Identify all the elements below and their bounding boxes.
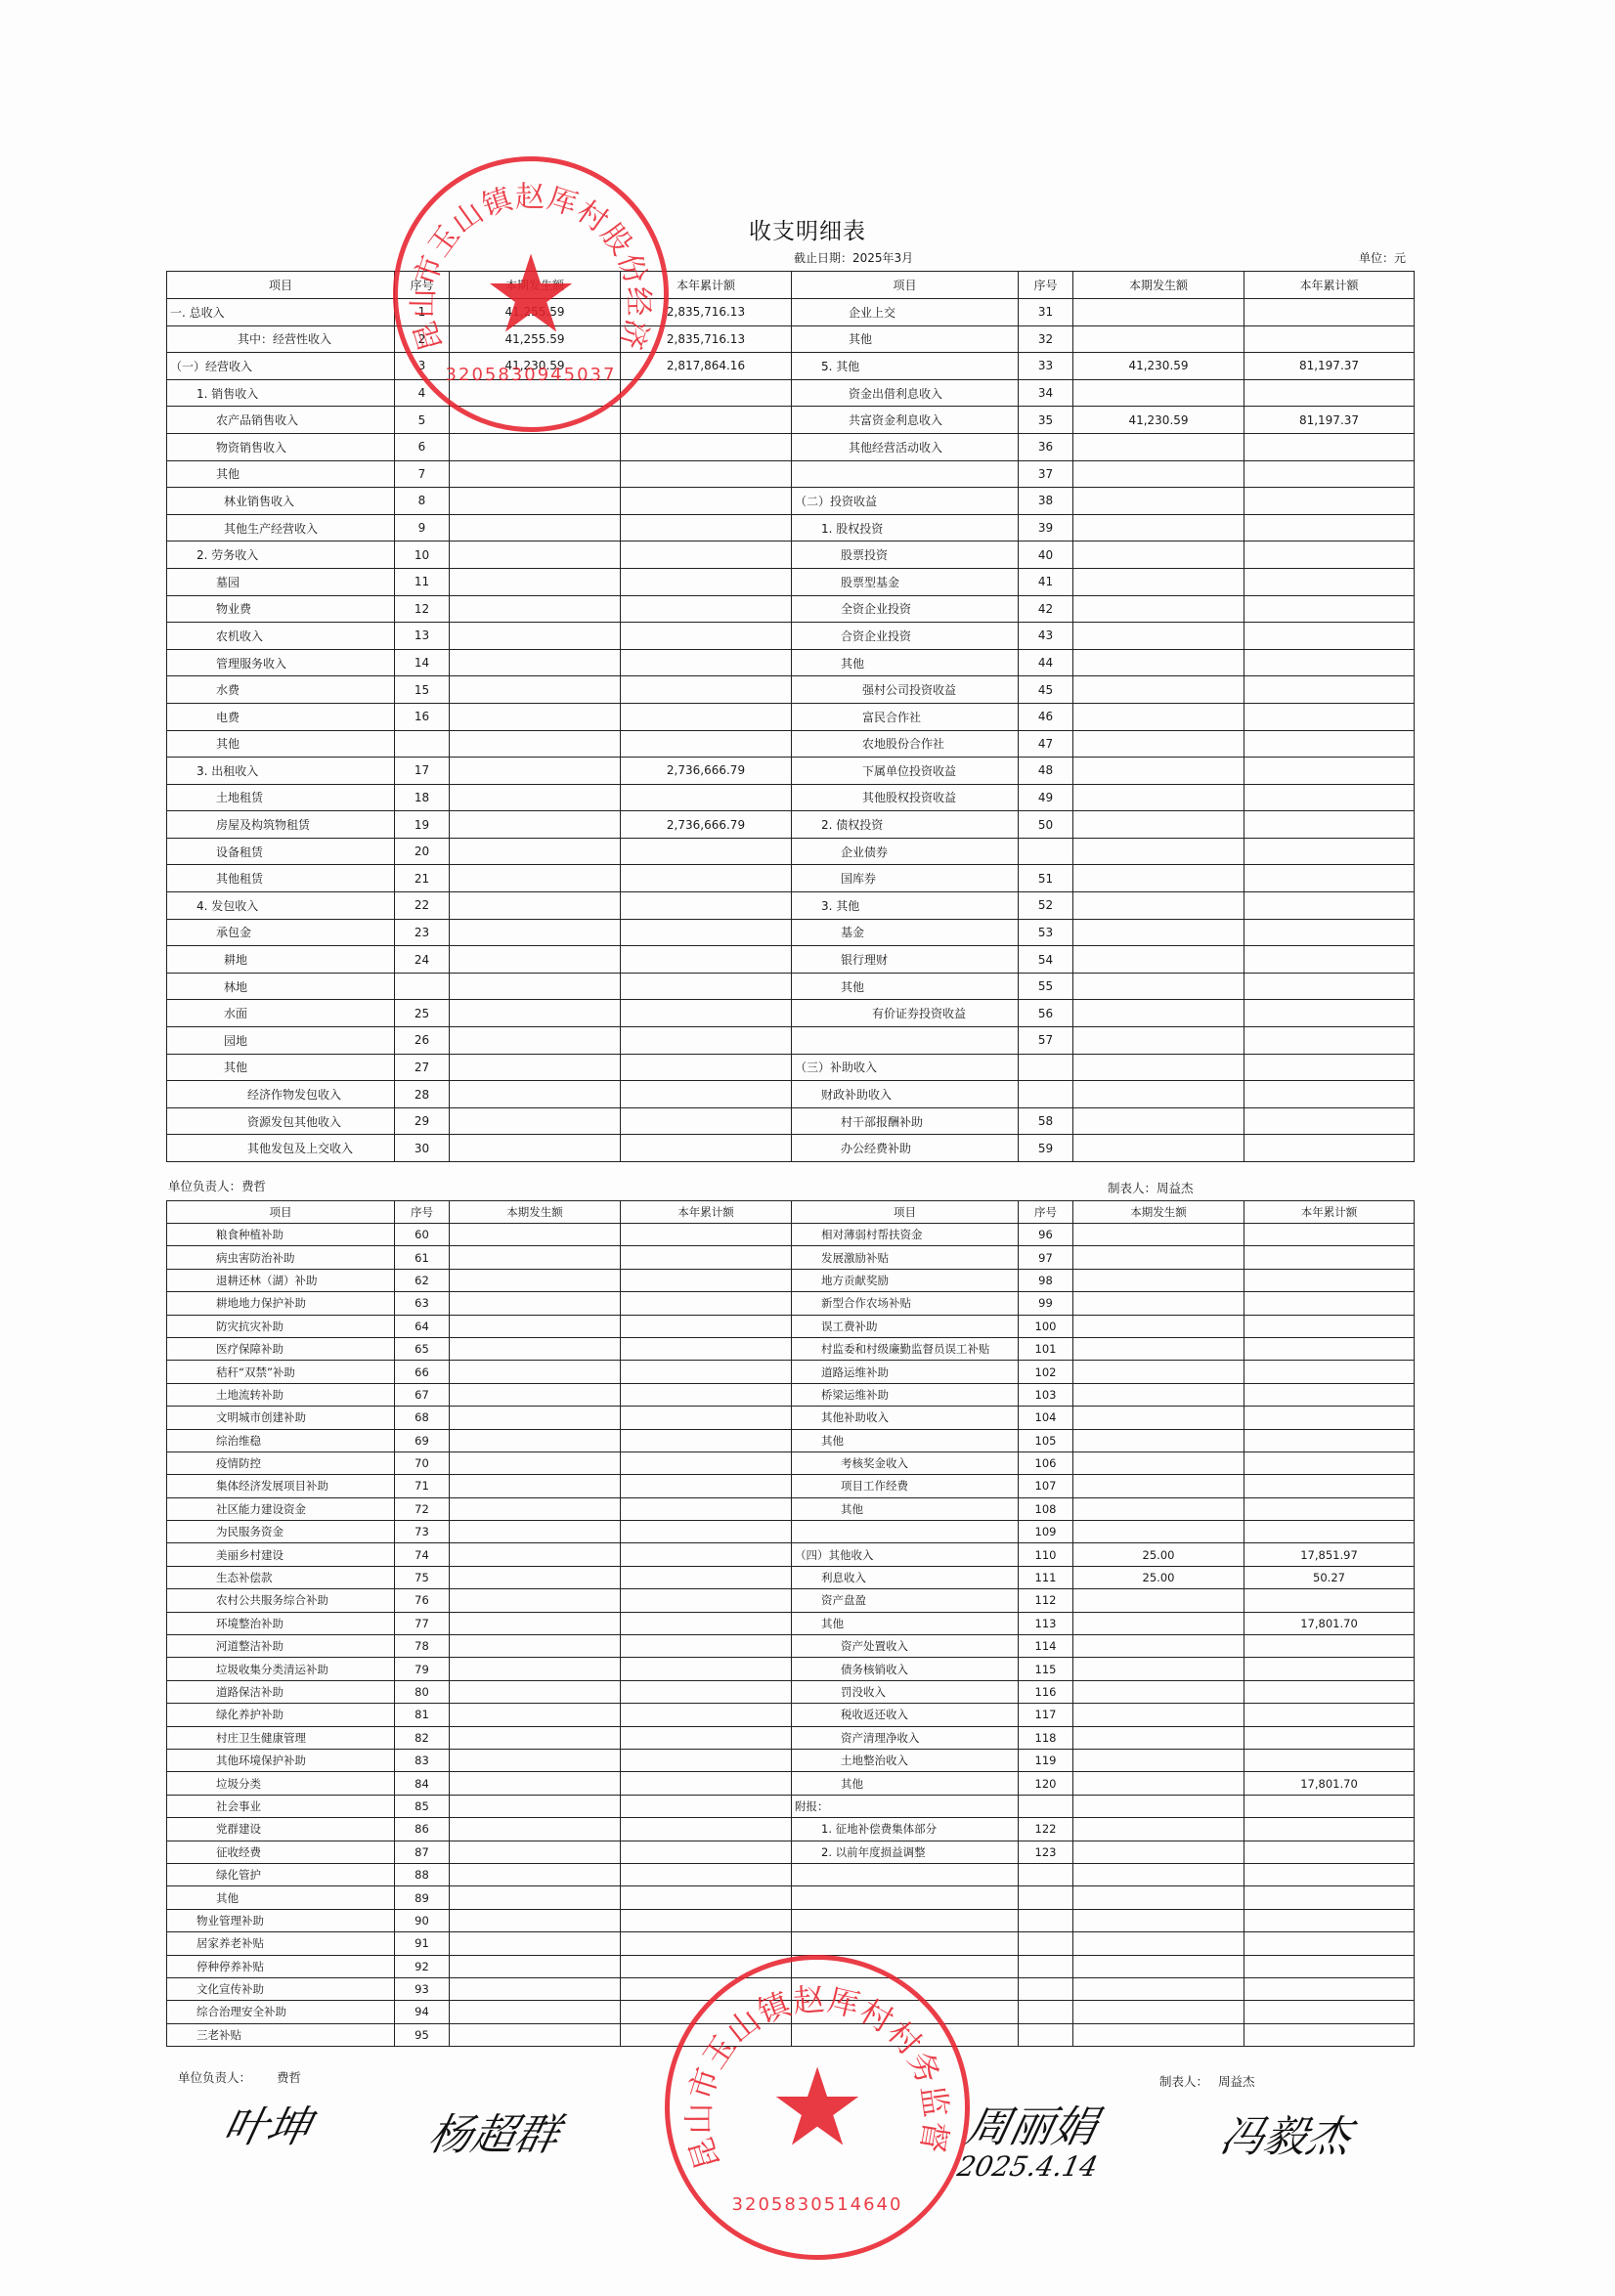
row-current-amount <box>450 1337 621 1360</box>
row-ytd-amount <box>1244 1818 1415 1841</box>
row-item: 土地流转补助 <box>167 1383 395 1406</box>
row-item: 耕地 <box>167 946 395 974</box>
row-item: 房屋及构筑物租赁 <box>167 811 395 839</box>
cutoff-date: 截止日期：2025年3月 <box>794 249 913 266</box>
row-item: 土地整治收入 <box>792 1749 1019 1771</box>
table-row: 综合治理安全补助94 <box>167 2001 1415 2023</box>
row-item: 其他经营活动收入 <box>792 433 1019 460</box>
row-current-amount <box>1073 1680 1244 1703</box>
row-ytd-amount: 50.27 <box>1244 1566 1415 1588</box>
row-item: 墓园 <box>167 568 395 595</box>
row-seq: 70 <box>395 1451 450 1474</box>
row-seq: 102 <box>1019 1361 1073 1383</box>
row-ytd-amount <box>1244 1932 1415 1955</box>
row-current-amount <box>1073 1224 1244 1246</box>
row-item <box>792 1521 1019 1543</box>
table-row: 其他737 <box>167 460 1415 488</box>
table-row: 墓园11股票型基金41 <box>167 568 1415 595</box>
row-item <box>792 1932 1019 1955</box>
row-ytd-amount <box>621 1383 792 1406</box>
row-current-amount <box>450 1932 621 1955</box>
row-ytd-amount <box>621 1955 792 1977</box>
row-seq <box>1019 1955 1073 1977</box>
row-seq: 52 <box>1019 892 1073 920</box>
table-row: 管理服务收入14其他44 <box>167 649 1415 676</box>
row-current-amount <box>450 407 621 434</box>
row-current-amount: 41,230.59 <box>1073 353 1244 380</box>
row-item: 资产盘盈 <box>792 1589 1019 1612</box>
row-ytd-amount <box>621 1841 792 1863</box>
table-row: 电费16富民合作社46 <box>167 703 1415 730</box>
row-ytd-amount <box>621 1909 792 1931</box>
row-ytd-amount <box>1244 1292 1415 1315</box>
row-seq: 38 <box>1019 488 1073 515</box>
row-ytd-amount <box>621 1658 792 1680</box>
row-item: 误工费补助 <box>792 1315 1019 1337</box>
row-item: 病虫害防治补助 <box>167 1246 395 1269</box>
row-ytd-amount <box>1244 1429 1415 1451</box>
row-item: 其他发包及上交收入 <box>167 1135 395 1162</box>
table-row: 党群建设861. 征地补偿费集体部分122 <box>167 1818 1415 1841</box>
row-seq: 123 <box>1019 1841 1073 1863</box>
table-row: 其他租赁21国库券51 <box>167 865 1415 892</box>
row-ytd-amount <box>621 488 792 515</box>
table-row: 停种停养补贴92 <box>167 1955 1415 1977</box>
row-item: 物资销售收入 <box>167 433 395 460</box>
row-current-amount <box>1073 730 1244 758</box>
row-seq: 84 <box>395 1772 450 1795</box>
header-ytd: 本年累计额 <box>1244 272 1415 299</box>
row-current-amount <box>1073 1000 1244 1027</box>
row-seq: 81 <box>395 1704 450 1726</box>
star-icon: ★ <box>769 2054 866 2161</box>
table-row: 征收经费872. 以前年度损益调整123 <box>167 1841 1415 1863</box>
table-row: 物业管理补助90 <box>167 1909 1415 1931</box>
row-ytd-amount <box>1244 1909 1415 1931</box>
row-seq: 68 <box>395 1407 450 1429</box>
row-current-amount <box>450 1818 621 1841</box>
row-seq: 9 <box>395 514 450 542</box>
row-item: 罚没收入 <box>792 1680 1019 1703</box>
row-ytd-amount <box>621 1543 792 1566</box>
row-item: 农机收入 <box>167 623 395 650</box>
row-seq: 55 <box>1019 973 1073 1000</box>
row-seq: 112 <box>1019 1589 1073 1612</box>
row-current-amount <box>1073 1521 1244 1543</box>
responsible-name: 费哲 <box>277 2070 301 2085</box>
row-ytd-amount <box>1244 433 1415 460</box>
row-item: 2. 劳务收入 <box>167 542 395 569</box>
row-ytd-amount: 2,736,666.79 <box>621 758 792 785</box>
row-current-amount <box>1073 2023 1244 2046</box>
row-ytd-amount <box>621 973 792 1000</box>
row-ytd-amount <box>1244 1081 1415 1108</box>
row-current-amount <box>450 1027 621 1055</box>
row-current-amount <box>450 946 621 974</box>
row-current-amount <box>1073 595 1244 623</box>
row-ytd-amount <box>1244 1635 1415 1658</box>
row-seq: 45 <box>1019 676 1073 704</box>
row-item: 其他 <box>167 1054 395 1081</box>
table-row: 生态补偿款75利息收入11125.0050.27 <box>167 1566 1415 1588</box>
row-current-amount <box>1073 1451 1244 1474</box>
row-seq <box>1019 1081 1073 1108</box>
row-item: 资金出借利息收入 <box>792 379 1019 407</box>
row-item: 其他 <box>792 1497 1019 1520</box>
row-current-amount <box>450 649 621 676</box>
row-ytd-amount <box>1244 1361 1415 1383</box>
row-current-amount <box>450 1680 621 1703</box>
row-ytd-amount <box>1244 865 1415 892</box>
row-current-amount <box>1073 1429 1244 1451</box>
row-current-amount <box>1073 1107 1244 1135</box>
row-seq: 42 <box>1019 595 1073 623</box>
row-current-amount <box>1073 1475 1244 1497</box>
row-item: 其中：经营性收入 <box>167 325 395 353</box>
header-current: 本期发生额 <box>450 272 621 299</box>
row-ytd-amount <box>621 2001 792 2023</box>
row-current-amount: 41,230.59 <box>1073 407 1244 434</box>
header-item: 项目 <box>167 1201 395 1224</box>
row-ytd-amount <box>621 1566 792 1588</box>
row-seq: 18 <box>395 784 450 811</box>
row-current-amount <box>450 758 621 785</box>
row-ytd-amount <box>621 1451 792 1474</box>
row-seq: 17 <box>395 758 450 785</box>
row-item: 文明城市创建补助 <box>167 1407 395 1429</box>
row-seq: 80 <box>395 1680 450 1703</box>
row-seq: 22 <box>395 892 450 920</box>
table-row: 4. 发包收入223. 其他52 <box>167 892 1415 920</box>
row-seq: 100 <box>1019 1315 1073 1337</box>
row-current-amount <box>450 460 621 488</box>
row-item: 土地租赁 <box>167 784 395 811</box>
row-ytd-amount <box>621 460 792 488</box>
row-seq: 87 <box>395 1841 450 1863</box>
row-ytd-amount <box>621 1135 792 1162</box>
row-item: 疫情防控 <box>167 1451 395 1474</box>
table-row: 设备租赁20企业债券 <box>167 838 1415 865</box>
row-current-amount <box>450 1955 621 1977</box>
row-current-amount <box>1073 460 1244 488</box>
row-current-amount <box>1073 1909 1244 1931</box>
row-seq: 43 <box>1019 623 1073 650</box>
row-seq: 117 <box>1019 1704 1073 1726</box>
row-item: 4. 发包收入 <box>167 892 395 920</box>
row-current-amount <box>450 1054 621 1081</box>
row-current-amount <box>1073 325 1244 353</box>
row-item: 综合治理安全补助 <box>167 2001 395 2023</box>
table-row: 文明城市创建补助68其他补助收入104 <box>167 1407 1415 1429</box>
row-item: 设备租赁 <box>167 838 395 865</box>
table-row: 村庄卫生健康管理82资产清理净收入118 <box>167 1726 1415 1749</box>
row-current-amount <box>1073 676 1244 704</box>
table-row: 林业销售收入8（二）投资收益38 <box>167 488 1415 515</box>
row-current-amount <box>1073 973 1244 1000</box>
table-row: 医疗保障补助65村监委和村级廉勤监督员误工补贴101 <box>167 1337 1415 1360</box>
row-seq <box>395 730 450 758</box>
row-seq: 106 <box>1019 1451 1073 1474</box>
row-seq: 41 <box>1019 568 1073 595</box>
row-current-amount <box>450 1451 621 1474</box>
row-ytd-amount <box>621 1269 792 1291</box>
row-item: 强村公司投资收益 <box>792 676 1019 704</box>
preparer-name: 周益杰 <box>1218 2074 1255 2089</box>
row-seq: 25 <box>395 1000 450 1027</box>
row-ytd-amount <box>1244 1269 1415 1291</box>
table-row: 社区能力建设资金72其他108 <box>167 1497 1415 1520</box>
currency-unit: 单位：元 <box>1359 249 1406 266</box>
row-current-amount <box>450 1521 621 1543</box>
row-seq: 47 <box>1019 730 1073 758</box>
row-item: 股票投资 <box>792 542 1019 569</box>
row-current-amount: 41,255.59 <box>450 299 621 326</box>
table-row: 病虫害防治补助61发展激励补贴97 <box>167 1246 1415 1269</box>
row-current-amount <box>1073 649 1244 676</box>
row-current-amount <box>1073 1612 1244 1634</box>
row-seq: 85 <box>395 1795 450 1817</box>
table-row: 防灾抗灾补助64误工费补助100 <box>167 1315 1415 1337</box>
row-seq: 103 <box>1019 1383 1073 1406</box>
row-seq: 13 <box>395 623 450 650</box>
row-item: 3. 出租收入 <box>167 758 395 785</box>
row-item: 生态补偿款 <box>167 1566 395 1588</box>
row-seq: 51 <box>1019 865 1073 892</box>
row-seq: 110 <box>1019 1543 1073 1566</box>
row-ytd-amount <box>1244 811 1415 839</box>
row-ytd-amount <box>1244 892 1415 920</box>
row-seq: 95 <box>395 2023 450 2046</box>
row-current-amount <box>1073 1704 1244 1726</box>
table-row: 道路保洁补助80罚没收入116 <box>167 1680 1415 1703</box>
row-ytd-amount <box>621 1429 792 1451</box>
row-ytd-amount <box>621 379 792 407</box>
row-ytd-amount <box>1244 2023 1415 2046</box>
header-item: 项目 <box>792 1201 1019 1224</box>
row-item: 1. 销售收入 <box>167 379 395 407</box>
row-seq: 26 <box>395 1027 450 1055</box>
row-current-amount <box>450 488 621 515</box>
handwritten-signature-3: 周丽娟 <box>961 2092 1104 2154</box>
row-seq: 82 <box>395 1726 450 1749</box>
row-ytd-amount <box>1244 973 1415 1000</box>
row-current-amount <box>1073 1818 1244 1841</box>
row-item: 环境整治补助 <box>167 1612 395 1634</box>
row-seq: 71 <box>395 1475 450 1497</box>
row-current-amount <box>1073 1977 1244 2000</box>
row-seq: 79 <box>395 1658 450 1680</box>
row-current-amount <box>1073 299 1244 326</box>
table-row: 耕地24银行理财54 <box>167 946 1415 974</box>
row-ytd-amount <box>1244 1135 1415 1162</box>
row-current-amount <box>450 919 621 946</box>
row-ytd-amount <box>1244 1000 1415 1027</box>
row-seq: 46 <box>1019 703 1073 730</box>
row-seq: 83 <box>395 1749 450 1771</box>
row-item: 管理服务收入 <box>167 649 395 676</box>
row-seq: 49 <box>1019 784 1073 811</box>
row-seq: 111 <box>1019 1566 1073 1588</box>
row-seq: 60 <box>395 1224 450 1246</box>
row-item: 电费 <box>167 703 395 730</box>
row-current-amount <box>450 1863 621 1885</box>
table-row: 土地流转补助67桥梁运维补助103 <box>167 1383 1415 1406</box>
row-item: 退耕还林（湖）补助 <box>167 1269 395 1291</box>
row-ytd-amount <box>1244 1841 1415 1863</box>
row-ytd-amount <box>1244 514 1415 542</box>
row-ytd-amount <box>621 1795 792 1817</box>
row-ytd-amount <box>1244 1451 1415 1474</box>
row-seq: 16 <box>395 703 450 730</box>
table-row: 林地其他55 <box>167 973 1415 1000</box>
row-ytd-amount <box>1244 568 1415 595</box>
row-item: 下属单位投资收益 <box>792 758 1019 785</box>
row-item: 1. 征地补偿费集体部分 <box>792 1818 1019 1841</box>
row-item: 园地 <box>167 1027 395 1055</box>
row-seq <box>1019 1795 1073 1817</box>
table-row: 粮食种植补助60相对薄弱村帮扶资金96 <box>167 1224 1415 1246</box>
row-item <box>792 1955 1019 1977</box>
row-item: 农产品销售收入 <box>167 407 395 434</box>
row-ytd-amount <box>621 892 792 920</box>
row-current-amount <box>450 1749 621 1771</box>
row-seq: 107 <box>1019 1475 1073 1497</box>
row-ytd-amount <box>621 649 792 676</box>
row-ytd-amount <box>621 1977 792 2000</box>
row-seq: 67 <box>395 1383 450 1406</box>
row-seq <box>1019 2001 1073 2023</box>
row-seq: 5 <box>395 407 450 434</box>
row-ytd-amount <box>621 1054 792 1081</box>
row-seq: 19 <box>395 811 450 839</box>
row-current-amount <box>450 1886 621 1909</box>
row-item: 富民合作社 <box>792 703 1019 730</box>
row-ytd-amount <box>1244 946 1415 974</box>
row-ytd-amount <box>1244 730 1415 758</box>
row-item: 其他 <box>792 1612 1019 1634</box>
row-ytd-amount <box>1244 784 1415 811</box>
row-item: （一）经营收入 <box>167 353 395 380</box>
row-ytd-amount <box>621 623 792 650</box>
table-row: 园地2657 <box>167 1027 1415 1055</box>
row-current-amount <box>450 730 621 758</box>
row-seq: 119 <box>1019 1749 1073 1771</box>
row-seq: 31 <box>1019 299 1073 326</box>
row-ytd-amount <box>1244 1054 1415 1081</box>
responsible-label: 单位负责人： <box>178 2070 251 2085</box>
table-row: 资源发包其他收入29村干部报酬补助58 <box>167 1107 1415 1135</box>
row-current-amount <box>450 1383 621 1406</box>
row-ytd-amount: 2,835,716.13 <box>621 299 792 326</box>
table-row: 3. 出租收入172,736,666.79下属单位投资收益48 <box>167 758 1415 785</box>
row-seq: 34 <box>1019 379 1073 407</box>
row-ytd-amount <box>1244 1497 1415 1520</box>
table-row: 美丽乡村建设74（四）其他收入11025.0017,851.97 <box>167 1543 1415 1566</box>
row-seq: 28 <box>395 1081 450 1108</box>
row-item: 财政补助收入 <box>792 1081 1019 1108</box>
row-ytd-amount: 17,801.70 <box>1244 1612 1415 1634</box>
row-item: 国库券 <box>792 865 1019 892</box>
row-current-amount <box>1073 623 1244 650</box>
row-seq: 75 <box>395 1566 450 1588</box>
row-ytd-amount <box>1244 325 1415 353</box>
row-current-amount <box>1073 1772 1244 1795</box>
row-item: 农地股份合作社 <box>792 730 1019 758</box>
row-seq: 35 <box>1019 407 1073 434</box>
row-ytd-amount <box>621 1315 792 1337</box>
row-current-amount <box>1073 1054 1244 1081</box>
table-row: 社会事业85附报： <box>167 1795 1415 1817</box>
row-ytd-amount <box>1244 1886 1415 1909</box>
row-ytd-amount <box>621 1497 792 1520</box>
row-item: 2. 以前年度损益调整 <box>792 1841 1019 1863</box>
row-item: 社会事业 <box>167 1795 395 1817</box>
row-item: 耕地地力保护补助 <box>167 1292 395 1315</box>
preparer-1: 制表人：周益杰 <box>1108 1179 1194 1196</box>
row-ytd-amount <box>1244 1337 1415 1360</box>
row-ytd-amount <box>621 595 792 623</box>
row-item: 1. 股权投资 <box>792 514 1019 542</box>
row-item: 为民服务资金 <box>167 1521 395 1543</box>
row-item: 村干部报酬补助 <box>792 1107 1019 1135</box>
row-seq <box>1019 1054 1073 1081</box>
row-current-amount <box>450 1772 621 1795</box>
row-current-amount <box>1073 1497 1244 1520</box>
row-item <box>792 1909 1019 1931</box>
row-item: 2. 债权投资 <box>792 811 1019 839</box>
row-ytd-amount <box>621 1027 792 1055</box>
row-item: 水费 <box>167 676 395 704</box>
row-current-amount <box>1073 919 1244 946</box>
table-row: 水面25有价证券投资收益56 <box>167 1000 1415 1027</box>
row-current-amount <box>450 514 621 542</box>
row-item: 林业销售收入 <box>167 488 395 515</box>
row-seq: 118 <box>1019 1726 1073 1749</box>
row-current-amount <box>450 1977 621 2000</box>
row-current-amount <box>1073 1841 1244 1863</box>
row-seq: 30 <box>395 1135 450 1162</box>
row-item: 其他股权投资收益 <box>792 784 1019 811</box>
row-seq: 59 <box>1019 1135 1073 1162</box>
row-current-amount <box>1073 784 1244 811</box>
responsible-person-1: 单位负责人：费哲 <box>168 1177 266 1194</box>
row-current-amount <box>450 1224 621 1246</box>
row-ytd-amount <box>1244 1246 1415 1269</box>
row-current-amount <box>1073 1135 1244 1162</box>
row-item: 征收经费 <box>167 1841 395 1863</box>
row-ytd-amount <box>621 1680 792 1703</box>
row-item: 林地 <box>167 973 395 1000</box>
row-seq: 101 <box>1019 1337 1073 1360</box>
row-seq: 61 <box>395 1246 450 1269</box>
table-row: 农村公共服务综合补助76资产盘盈112 <box>167 1589 1415 1612</box>
row-seq: 97 <box>1019 1246 1073 1269</box>
row-ytd-amount: 2,736,666.79 <box>621 811 792 839</box>
row-item: 物业管理补助 <box>167 1909 395 1931</box>
row-current-amount <box>1073 1726 1244 1749</box>
row-current-amount <box>1073 2001 1244 2023</box>
row-ytd-amount <box>1244 1863 1415 1885</box>
row-seq: 37 <box>1019 460 1073 488</box>
row-current-amount <box>450 1704 621 1726</box>
row-seq <box>1019 838 1073 865</box>
table-row: 绿化养护补助81税收返还收入117 <box>167 1704 1415 1726</box>
row-item: 村庄卫生健康管理 <box>167 1726 395 1749</box>
row-ytd-amount <box>1244 1107 1415 1135</box>
table-row: 集体经济发展项目补助71项目工作经费107 <box>167 1475 1415 1497</box>
row-ytd-amount <box>1244 299 1415 326</box>
table-row: 其他环境保护补助83土地整治收入119 <box>167 1749 1415 1771</box>
